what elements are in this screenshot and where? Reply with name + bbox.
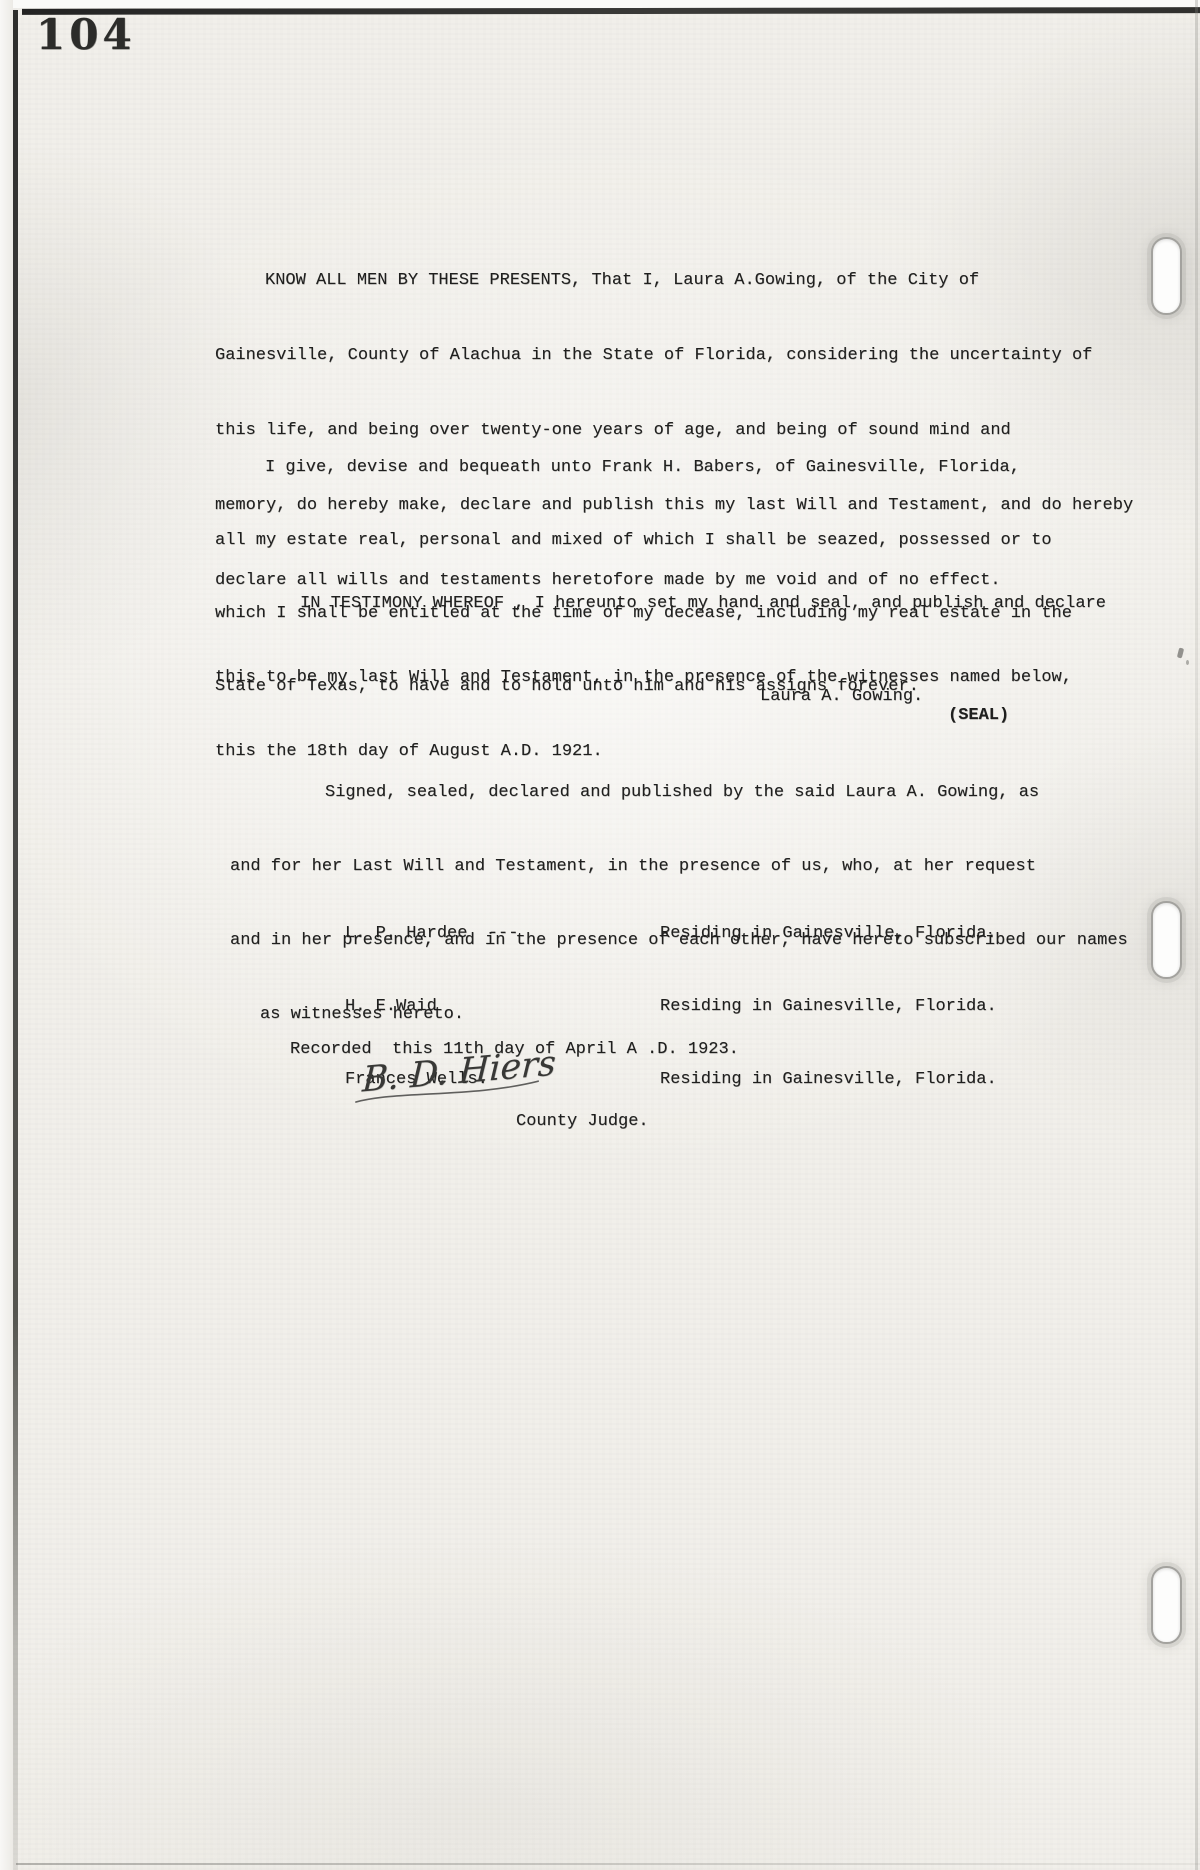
testator-signature-row: Laura A. Gowing. (SEAL) xyxy=(0,668,1200,700)
page-left-edge xyxy=(13,10,18,1870)
judge-title: County Judge. xyxy=(516,1112,649,1131)
punch-hole xyxy=(1151,237,1182,315)
testator-signature: Laura A. Gowing. xyxy=(760,687,923,706)
witness-row: L. P. Hardee --- Residing in Gainesville… xyxy=(345,916,997,951)
witness-name: H. E.Waid xyxy=(345,989,660,1024)
witness-residence: Residing in Gainesville, Florida. xyxy=(660,989,997,1024)
seal-label: (SEAL) xyxy=(948,706,1009,725)
ink-speck xyxy=(1186,660,1189,665)
page-bottom-edge xyxy=(16,1863,1200,1865)
witness-row: H. E.Waid Residing in Gainesville, Flori… xyxy=(345,989,997,1024)
opening-paragraph-line: KNOW ALL MEN BY THESE PRESENTS, That I, … xyxy=(215,262,1133,299)
witness-residence: Residing in Gainesville, Florida. xyxy=(660,1062,997,1097)
page-left-margin xyxy=(0,0,13,1870)
page-number: 104 xyxy=(36,10,136,59)
page-top-edge xyxy=(22,7,1200,15)
witness-residence: Residing in Gainesville, Florida. xyxy=(660,916,997,951)
punch-hole xyxy=(1151,901,1182,979)
attestation-paragraph-line: Signed, sealed, declared and published b… xyxy=(215,775,1128,811)
opening-paragraph-line: Gainesville, County of Alachua in the St… xyxy=(215,337,1133,374)
ink-speck xyxy=(1177,648,1184,659)
scanned-will-page: 104 KNOW ALL MEN BY THESE PRESENTS, That… xyxy=(0,0,1200,1870)
testimony-paragraph-line: IN TESTIMONY WHEREOF , I hereunto set my… xyxy=(215,586,1106,622)
page-right-edge xyxy=(1195,0,1198,1870)
bequest-paragraph-line: I give, devise and bequeath unto Frank H… xyxy=(215,450,1072,485)
witness-name: L. P. Hardee --- xyxy=(345,916,660,951)
punch-hole xyxy=(1151,1566,1182,1644)
